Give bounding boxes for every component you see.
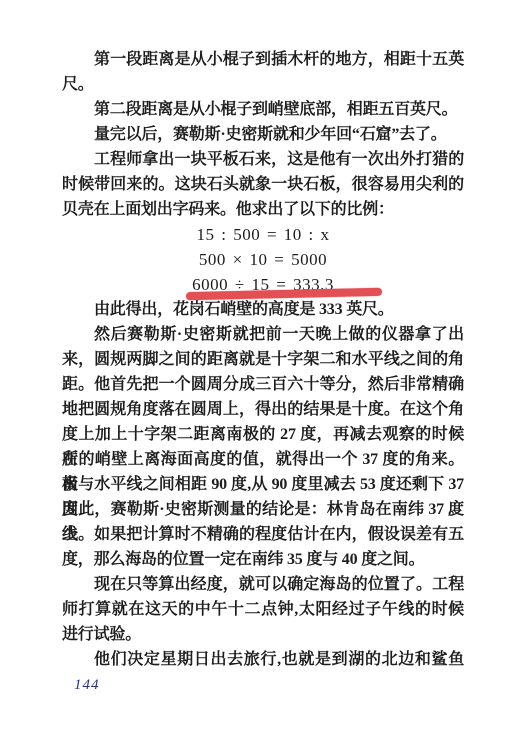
formula-line: 500 × 10 = 5000 [62,247,464,272]
line-text: 进行试验。 [62,626,141,643]
line-text: 师打算就在这天的中午十二点钟,太阳经过子午线的时候 [62,601,464,618]
text-line: 距。他首先把一个圆周分成三百六十等分，然后非常精确 [62,372,464,397]
book-page: 第一段距离是从小棍子到插木杆的地方，相距十五英尺。第二段距离是从小棍子到峭壁底部… [0,0,522,731]
text-line: 因此，赛勒斯·史密斯测量的结论是：林肯岛在南纬 37 度线 [62,497,464,522]
line-text: 时候带回来的。这块石头就象一块石板，很容易用尖利的 [62,176,464,193]
text-line: 由此得出，花岗石峭壁的高度是 333 英尺。 [62,297,464,322]
text-line: 极与水平线之间相距 90 度,从 90 度里减去 53 度还剩下 37 度。 [62,472,464,497]
page-number: 144 [74,677,100,694]
text-line: 量完以后，赛勒斯·史密斯就和少年回“石窟”去了。 [62,122,464,147]
line-text: 地把圆规角度落在圆周上，得出的结果是十度。在这个角 [62,401,464,418]
text-line: 度，那么海岛的位置一定在南纬 35 度与 40 度之间。 [62,547,464,572]
line-text: 500 × 10 = 5000 [199,250,327,269]
line-text: 来，圆规两脚之间的距离就是十字架二和水平线之间的角 [62,351,464,368]
line-text: 然后赛勒斯·史密斯就把前一天晚上做的仪器拿了出 [94,326,464,343]
text-line: 现在只等算出经度，就可以确定海岛的位置了。工程 [62,572,464,597]
text-line: 他们决定星期日出去旅行,也就是到湖的北边和鲨鱼 [62,647,464,672]
text-line: 第二段距离是从小棍子到峭壁底部，相距五百英尺。 [62,97,464,122]
line-text: 上。如果把计算时不精确的程度估计在内，假设误差有五 [62,526,464,543]
line-text: 距。他首先把一个圆周分成三百六十等分，然后非常精确 [62,376,464,393]
text-line: 时候带回来的。这块石头就象一块石板，很容易用尖利的 [62,172,464,197]
line-text: 度，那么海岛的位置一定在南纬 35 度与 40 度之间。 [62,551,424,568]
text-column: 第一段距离是从小棍子到插木杆的地方，相距十五英尺。第二段距离是从小棍子到峭壁底部… [62,47,464,672]
line-text: 工程师拿出一块平板石来，这是他有一次出外打猎的 [94,151,464,168]
text-line: 然后赛勒斯·史密斯就把前一天晚上做的仪器拿了出 [62,322,464,347]
line-text: 15 : 500 = 10 : x [196,225,329,244]
line-text: 贝壳在上面划出字码来。他求出了以下的比例： [62,201,394,218]
text-line: 贝壳在上面划出字码来。他求出了以下的比例： [62,197,464,222]
text-line: 地把圆规角度落在圆周上，得出的结果是十度。在这个角 [62,397,464,422]
line-text: 他们决定星期日出去旅行,也就是到湖的北边和鲨鱼 [94,651,464,668]
line-text: 尺。 [62,76,94,93]
text-line: 尺。 [62,72,464,97]
text-line: 来，圆规两脚之间的距离就是十字架二和水平线之间的角 [62,347,464,372]
line-text: 第一段距离是从小棍子到插木杆的地方，相距十五英 [94,51,464,68]
text-line: 第一段距离是从小棍子到插木杆的地方，相距十五英 [62,47,464,72]
line-text: 由此得出，花岗石峭壁的高度是 333 英尺。 [94,301,394,318]
text-line: 上。如果把计算时不精确的程度估计在内，假设误差有五 [62,522,464,547]
text-line: 在的峭壁上离海面高度的值，就得出一个 37 度的角来。南 [62,447,464,472]
formula-line: 6000 ÷ 15 = 333.3 [62,272,464,297]
line-text: 量完以后，赛勒斯·史密斯就和少年回“石窟”去了。 [94,126,447,143]
line-text: 现在只等算出经度，就可以确定海岛的位置了。工程 [94,576,464,593]
formula-line: 15 : 500 = 10 : x [62,222,464,247]
text-line: 工程师拿出一块平板石来，这是他有一次出外打猎的 [62,147,464,172]
text-line: 度上加上十字架二距离南极的 27 度，再减去观察的时候所 [62,422,464,447]
line-text: 第二段距离是从小棍子到峭壁底部，相距五百英尺。 [94,101,457,118]
text-line: 师打算就在这天的中午十二点钟,太阳经过子午线的时候 [62,597,464,622]
text-line: 进行试验。 [62,622,464,647]
